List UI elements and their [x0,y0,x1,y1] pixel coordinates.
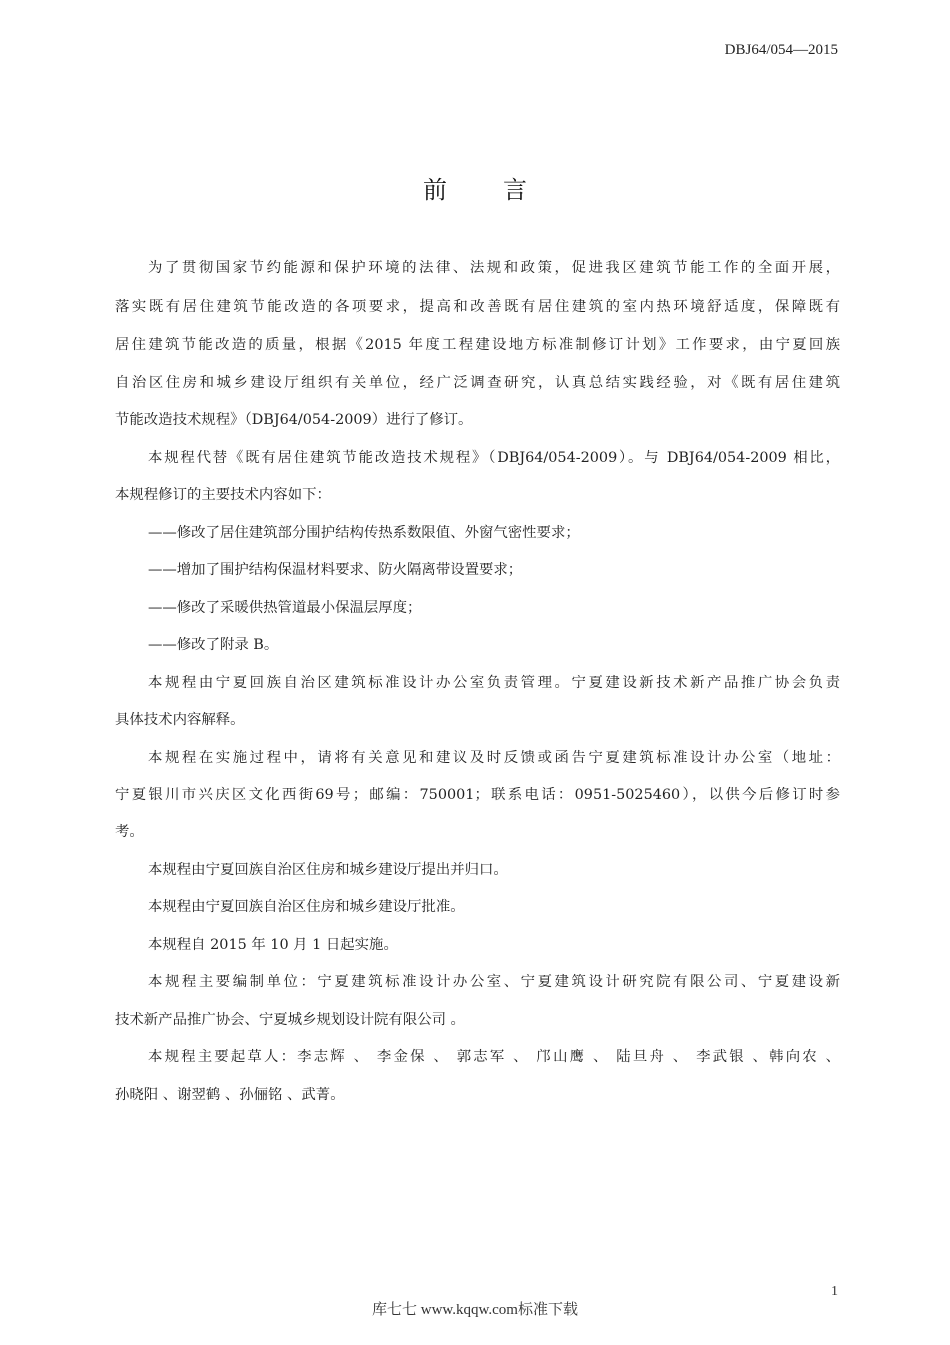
text-line: 自治区住房和城乡建设厅组织有关单位，经广泛调查研究，认真总结实践经验，对《既有居… [115,371,840,395]
text-line: 居住建筑节能改造的质量，根据《2015 年度工程建设地方标准制修订计划》工作要求… [115,333,840,357]
drafters-line: 孙晓阳 、谢翌鹤 、孙俪铭 、武菁。 [115,1083,345,1107]
title-char-2: 言 [503,170,527,205]
standard-code-header: DBJ64/054—2015 [725,42,838,59]
text-line: 本规程由宁夏回族自治区住房和城乡建设厅批准。 [148,895,465,919]
text-line: 节能改造技术规程》（DBJ64/054-2009）进行了修订。 [115,408,472,432]
text-line: 宁夏银川市兴庆区文化西街69号；邮编：750001；联系电话：0951-5025… [115,783,840,807]
text-line: 为了贯彻国家节约能源和保护环境的法律、法规和政策，促进我区建筑节能工作的全面开展… [148,256,840,280]
text-line: 本规程修订的主要技术内容如下： [115,483,331,507]
drafters-line: 本规程主要起草人：李志辉 、 李金保 、 郭志军 、 邝山鹰 、 陆旦舟 、 李… [148,1045,840,1069]
text-line: 本规程由宁夏回族自治区建筑标准设计办公室负责管理。宁夏建设新技术新产品推广协会负… [148,671,840,695]
effective-date-line: 本规程自 2015 年 10 月 1 日起实施。 [148,933,398,957]
title-char-1: 前 [423,170,447,205]
text-line: 技术新产品推广协会、宁夏城乡规划设计院有限公司 。 [115,1008,465,1032]
text-line: 考。 [115,820,144,844]
text-line: 本规程主要编制单位：宁夏建筑标准设计办公室、宁夏建筑设计研究院有限公司、宁夏建设… [148,970,840,994]
revision-item: ——修改了附录 B。 [148,633,278,657]
revision-item: ——修改了采暖供热管道最小保温层厚度； [148,596,421,620]
text-line: 具体技术内容解释。 [115,708,245,732]
text-line: 本规程由宁夏回族自治区住房和城乡建设厅提出并归口。 [148,858,508,882]
text-line: 落实既有居住建筑节能改造的各项要求，提高和改善既有居住建筑的室内热环境舒适度，保… [115,295,840,319]
text-line: 本规程在实施过程中，请将有关意见和建议及时反馈或函告宁夏建筑标准设计办公室（地址… [148,746,840,770]
text-line: 本规程代替《既有居住建筑节能改造技术规程》（DBJ64/054-2009）。与 … [148,446,840,470]
page-title: 前言 [0,170,950,205]
footer-watermark: 库七七 www.kqqw.com标准下载 [0,1298,950,1319]
revision-item: ——修改了居住建筑部分围护结构传热系数限值、外窗气密性要求； [148,521,580,545]
revision-item: ——增加了围护结构保温材料要求、防火隔离带设置要求； [148,558,522,582]
